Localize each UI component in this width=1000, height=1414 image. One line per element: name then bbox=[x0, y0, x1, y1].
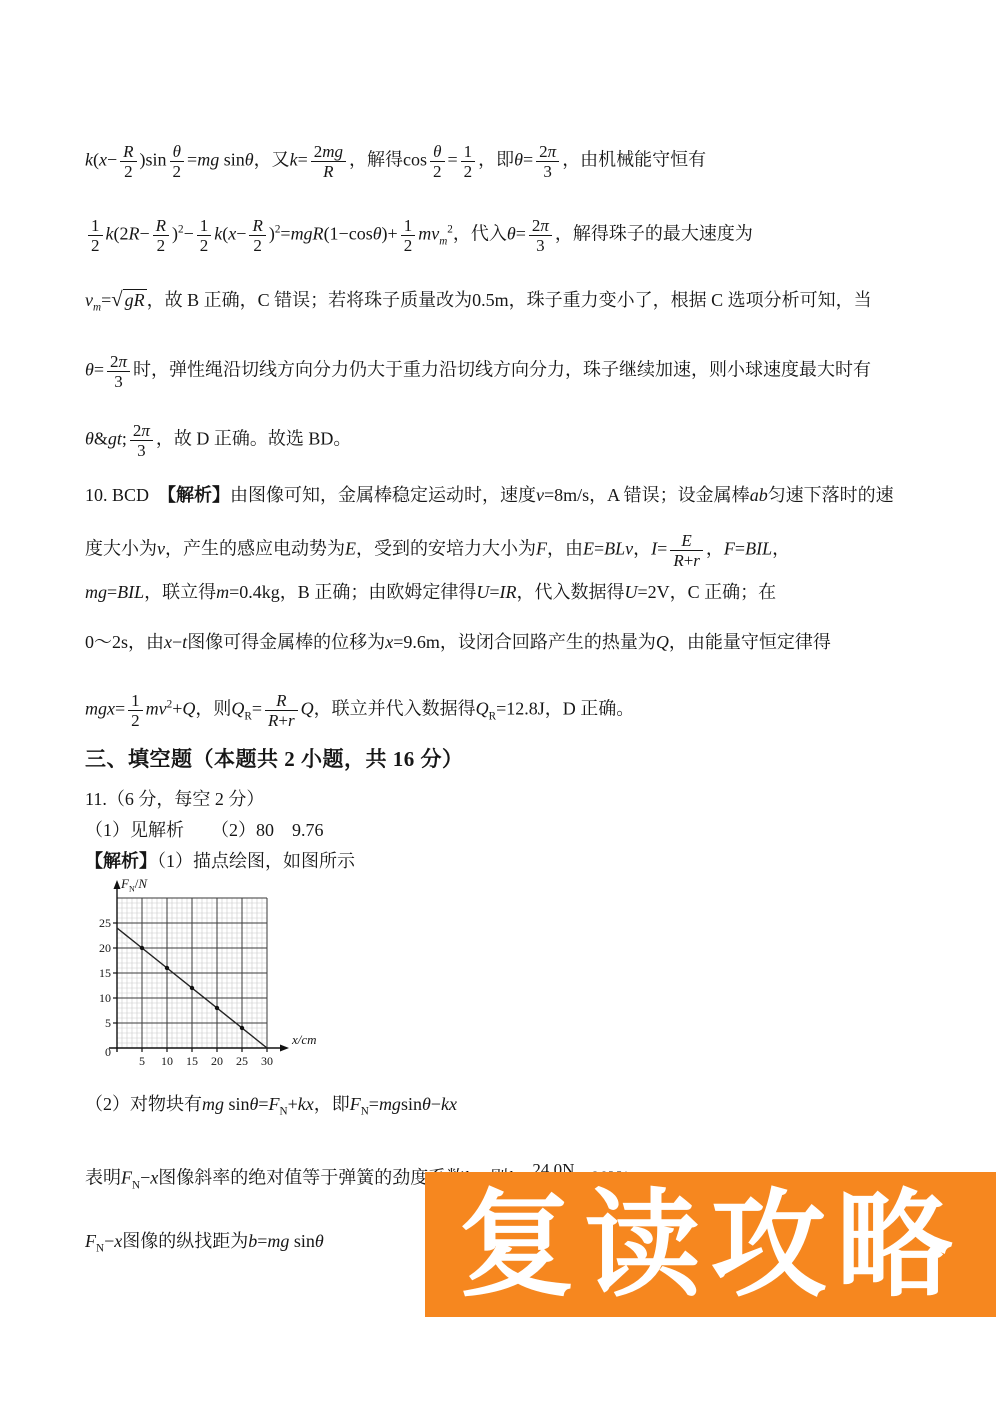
svg-text:25: 25 bbox=[99, 916, 111, 930]
svg-text:15: 15 bbox=[186, 1054, 198, 1068]
svg-text:25: 25 bbox=[236, 1054, 248, 1068]
fn-x-graph-svg: 510152025300510152025 bbox=[85, 874, 395, 1079]
fn-x-graph-xlabel: x/cm bbox=[292, 1032, 317, 1048]
formula-line-1: k(x−R2)sinθ2=mg sinθ，又k=2mgR，解得cosθ2=12，… bbox=[85, 142, 965, 181]
analysis-11-intro: 【解析】（1）描点绘图，如图所示 bbox=[85, 848, 965, 874]
svg-text:20: 20 bbox=[99, 941, 111, 955]
svg-text:10: 10 bbox=[99, 991, 111, 1005]
svg-text:5: 5 bbox=[105, 1016, 111, 1030]
svg-text:15: 15 bbox=[99, 966, 111, 980]
svg-text:20: 20 bbox=[211, 1054, 223, 1068]
section-3-heading: 三、填空题（本题共 2 小题，共 16 分） bbox=[85, 746, 965, 772]
formula-line-4: θ=2π3时，弹性绳沿切线方向分力仍大于重力沿切线方向分力，珠子继续加速，则小球… bbox=[85, 352, 965, 391]
fn-x-graph: 510152025300510152025 FN/N x/cm bbox=[85, 874, 395, 1079]
formula-line-3: vm=√gR，故 B 正确，C 错误；若将珠子质量改为0.5m，珠子重力变小了，… bbox=[85, 287, 965, 313]
problem-11-header: 11.（6 分，每空 2 分） bbox=[85, 786, 965, 812]
svg-text:30: 30 bbox=[261, 1054, 273, 1068]
svg-text:0: 0 bbox=[105, 1045, 111, 1059]
answer-10-line-4: 0～2s，由x−t图像可得金属棒的位移为x=9.6m，设闭合回路产生的热量为Q，… bbox=[85, 629, 965, 655]
answer-10-line-5: mgx=12mv2+Q，则QR=RR+rQ，联立并代入数据得QR=12.8J，D… bbox=[85, 691, 965, 730]
formula-line-5: θ&gt;2π3，故 D 正确。故选 BD。 bbox=[85, 421, 965, 460]
problem-11-answers: （1）见解析 （2）80 9.76 bbox=[85, 817, 965, 843]
answer-10-line-2: 度大小为v，产生的感应电动势为E，受到的安培力大小为F，由E=BLv，I=ER+… bbox=[85, 531, 965, 570]
answer-10-line-3: mg=BIL，联立得m=0.4kg，B 正确；由欧姆定律得U=IR，代入数据得U… bbox=[85, 579, 965, 605]
part2-equation-line: （2）对物块有mg sinθ=FN+kx，即FN=mgsinθ−kx bbox=[85, 1091, 965, 1117]
svg-text:5: 5 bbox=[139, 1054, 145, 1068]
formula-line-2: 12k(2R−R2)2−12k(x−R2)2=mgR(1−cosθ)+12mvm… bbox=[85, 216, 965, 255]
watermark-banner: 复读攻略 bbox=[425, 1172, 996, 1317]
answer-10-line-1: 10. BCD 【解析】由图像可知，金属棒稳定运动时，速度v=8m/s，A 错误… bbox=[85, 482, 965, 508]
watermark-text: 复读攻略 bbox=[459, 1187, 963, 1303]
svg-text:10: 10 bbox=[161, 1054, 173, 1068]
fn-x-graph-ylabel: FN/N bbox=[121, 876, 147, 892]
